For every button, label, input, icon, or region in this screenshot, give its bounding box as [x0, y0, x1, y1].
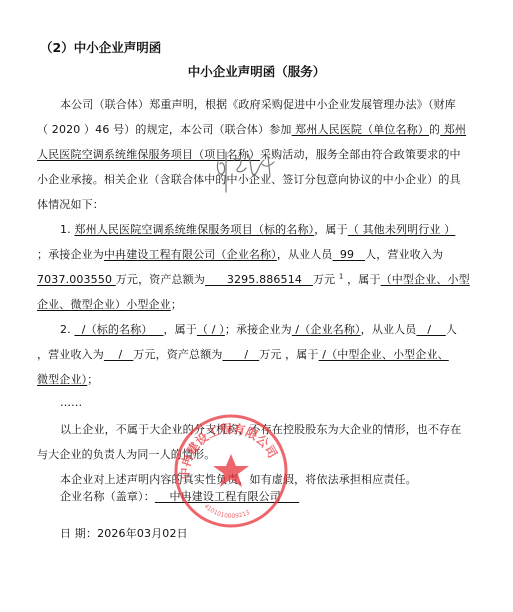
item2-line1: 2. /（标的名称） ，属于（ / ）；承接企业为 /（企业名称），从业人员 /… — [60, 321, 457, 337]
text: 人 — [446, 323, 457, 336]
enterprise-type: 微型企业） — [37, 373, 87, 386]
item1-line3: 7037.003550 万元，资产总额为 3295.886514 万元 1 ，属… — [37, 271, 470, 287]
text: 万元 — [313, 273, 339, 286]
enterprise-type: 企业、微型企业）小型企业 — [37, 298, 171, 311]
enterprise-type-options: （中型企业、小型 — [381, 273, 470, 286]
project-name-start: 郑州 — [440, 123, 466, 136]
item1-line2: ；承接企业为中冉建设工程有限公司（企业名称），从业人员 99 人，营业收入为 — [37, 246, 443, 262]
para2-line2: 与大企业的负责人为同一人的情形。 — [37, 446, 215, 462]
text: ，从业人员 — [277, 248, 333, 261]
text: ； — [171, 298, 182, 311]
item2-line2: ，营业收入为 / 万元，资产总额为 / 万元 ，属于 /（中型企业、小型企业、 — [37, 346, 449, 362]
para2-line1: 以上企业，不属于大企业的分支机构，不存在控股股东为大企业的情形，也不存在 — [60, 421, 461, 437]
purchaser-name: 郑州人民医院（单位名称） — [292, 123, 429, 136]
para1-line3: 人民医院空调系统维保服务项目（项目名称）采购活动，服务全部由符合政策要求的中 — [37, 146, 461, 162]
text: 万元 ，属于 — [259, 348, 318, 361]
text: ，属于 — [314, 223, 347, 236]
text: ；承接企业为 — [37, 248, 104, 261]
industry: （ / ） — [197, 323, 225, 336]
date-line: 日 期：2026年03月02日 — [60, 525, 188, 541]
text: 采购活动，服务全部由符合政策要求的中 — [260, 148, 461, 161]
industry: （ 其他未列明行业 ） — [348, 223, 456, 236]
item1-line4: 企业、微型企业）小型企业； — [37, 296, 182, 312]
company-name-signed: 中冉建设工程有限公司 — [155, 490, 299, 503]
item2-line3: 微型企业）； — [37, 371, 98, 387]
staff-count: / — [416, 323, 445, 336]
revenue: / — [104, 348, 133, 361]
text: ，属于 — [163, 323, 196, 336]
item-number: 1. — [60, 223, 74, 236]
total-assets: 3295.886514 — [205, 273, 313, 286]
item1-line1: 1. 郑州人民医院空调系统维保服务项目（标的名称），属于（ 其他未列明行业 ） — [60, 221, 455, 237]
revenue: 7037.003550 — [37, 273, 116, 286]
company-label: 企业名称（盖章）： — [60, 490, 155, 503]
svg-text:4101010009213: 4101010009213 — [203, 503, 252, 520]
total-assets: / — [223, 348, 260, 361]
company-signature-line: 企业名称（盖章）： 中冉建设工程有限公司 — [60, 488, 299, 504]
text: （ 2020 ）46 号）的规定，本公司（联合体）参加 — [37, 123, 292, 136]
text: ，营业收入为 — [37, 348, 104, 361]
text: 万元，资产总额为 — [116, 273, 205, 286]
item-number: 2. — [60, 323, 74, 336]
para1-line4: 小企业承接。相关企业（含联合体中的中小企业、签订分包意向协议的中小企业）的具 — [37, 171, 461, 187]
subject-name: 郑州人民医院空调系统维保服务项目（标的名称） — [74, 223, 314, 236]
date-value: 2026年03月02日 — [97, 527, 188, 540]
date-label: 日 期： — [60, 527, 97, 540]
ellipsis: …… — [60, 396, 82, 409]
company-name: 中冉建设工程有限公司（企业名称） — [104, 248, 277, 261]
section-heading: （2）中小企业声明函 — [40, 38, 161, 56]
document-title: 中小企业声明函（服务） — [0, 62, 513, 80]
para1-line2: （ 2020 ）46 号）的规定，本公司（联合体）参加 郑州人民医院（单位名称）… — [37, 121, 466, 137]
text: ，从业人员 — [361, 323, 417, 336]
para3: 本企业对上述声明内容的真实性负责，如有虚假，将依法承担相应责任。 — [60, 471, 417, 487]
text: 的 — [429, 123, 440, 136]
para1-line1: 本公司（联合体）郑重声明，根据《政府采购促进中小企业发展管理办法》（财库 — [60, 96, 456, 112]
text: 万元，资产总额为 — [133, 348, 222, 361]
project-name-end: 人民医院空调系统维保服务项目（项目名称） — [37, 148, 260, 161]
enterprise-type-options: /（中型企业、小型企业、 — [319, 348, 449, 361]
text: ；承接企业为 — [225, 323, 292, 336]
para1-line5: 体情况如下： — [37, 196, 104, 212]
staff-count: 99 — [333, 248, 366, 261]
text: 人，营业收入为 — [365, 248, 443, 261]
text: ，属于 — [344, 273, 381, 286]
subject-name: /（标的名称） — [74, 323, 163, 336]
text: ； — [87, 373, 98, 386]
company-name: /（企业名称） — [292, 323, 361, 336]
